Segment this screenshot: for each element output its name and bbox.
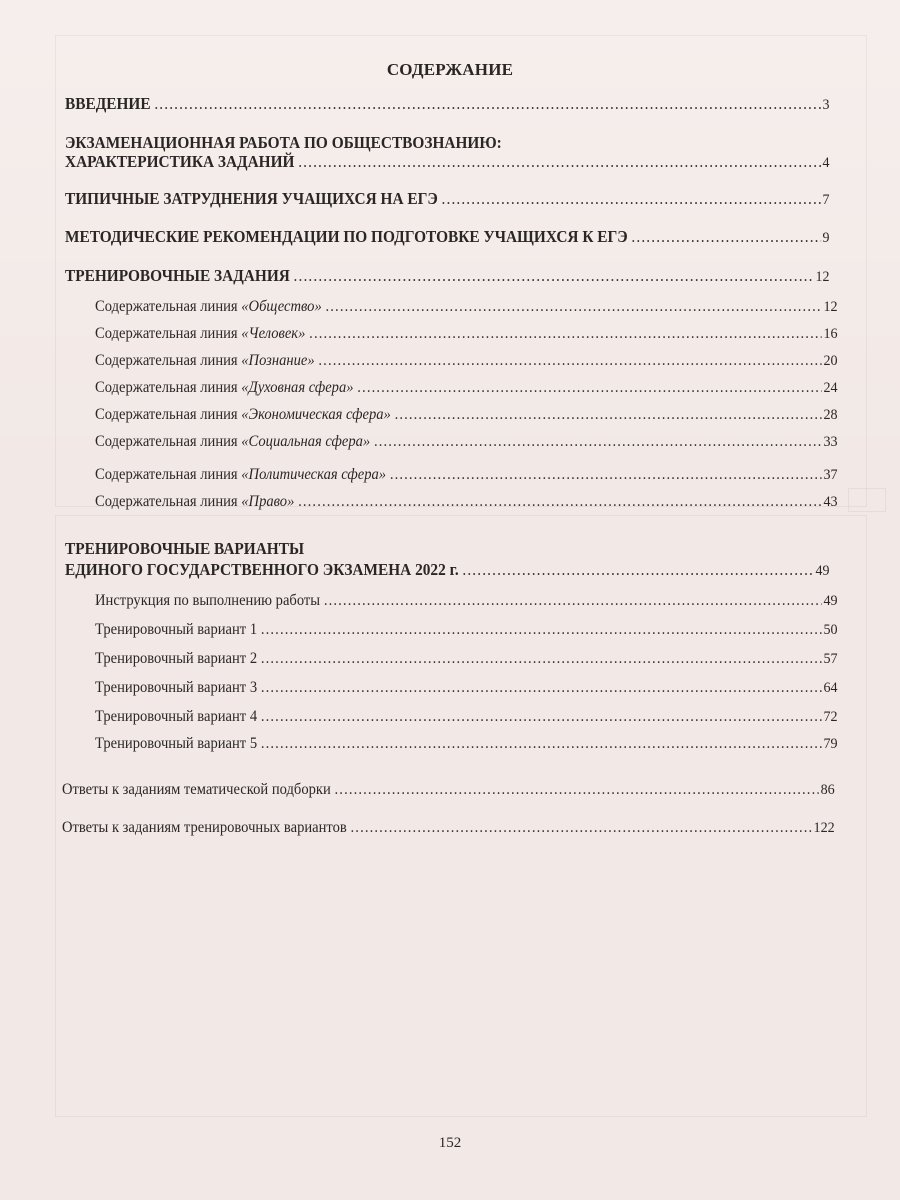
toc-page-number: 12 <box>816 269 830 286</box>
toc-entry-answers-variants[interactable]: Ответы к заданиям тренировочных варианто… <box>62 819 835 837</box>
toc-label: Тренировочный вариант 4 <box>95 708 257 726</box>
toc-page-number: 24 <box>824 380 838 397</box>
dot-leader <box>261 650 822 668</box>
toc-label: Тренировочный вариант 2 <box>95 650 257 668</box>
dot-leader <box>318 352 821 370</box>
toc-label: Содержательная линия «Общество» <box>95 298 322 316</box>
toc-label-prefix: Содержательная линия <box>95 433 241 450</box>
toc-entry-variant-3[interactable]: Тренировочный вариант 3 64 <box>95 679 838 697</box>
dot-leader <box>390 466 822 484</box>
toc-page-number: 79 <box>824 736 838 753</box>
toc-entry-line-law[interactable]: Содержательная линия «Право» 43 <box>95 493 838 511</box>
dot-leader <box>374 433 822 451</box>
toc-page-number: 16 <box>824 326 838 343</box>
toc-entry-training-tasks[interactable]: ТРЕНИРОВОЧНЫЕ ЗАДАНИЯ 12 <box>65 266 829 286</box>
toc-label-title: «Политическая сфера» <box>241 466 386 483</box>
toc-label: Содержательная линия «Экономическая сфер… <box>95 406 391 424</box>
toc-label: ХАРАКТЕРИСТИКА ЗАДАНИЙ <box>65 152 294 172</box>
dot-leader <box>324 592 822 610</box>
bleed-through-box <box>848 488 886 512</box>
toc-label-line1: ТРЕНИРОВОЧНЫЕ ВАРИАНТЫ <box>65 539 304 559</box>
dot-leader <box>298 493 822 511</box>
toc-label-title: «Духовная сфера» <box>241 379 353 396</box>
toc-page-number: 33 <box>824 434 838 451</box>
toc-entry-line-society[interactable]: Содержательная линия «Общество» 12 <box>95 298 838 316</box>
dot-leader <box>261 708 822 726</box>
page-number: 152 <box>0 1135 900 1152</box>
toc-entry-line-spiritual[interactable]: Содержательная линия «Духовная сфера» 24 <box>95 379 838 397</box>
toc-page-number: 28 <box>824 407 838 424</box>
dot-leader <box>442 189 821 209</box>
toc-entry-methodology[interactable]: МЕТОДИЧЕСКИЕ РЕКОМЕНДАЦИИ ПО ПОДГОТОВКЕ … <box>65 227 829 247</box>
toc-page-number: 20 <box>824 353 838 370</box>
toc-entry-instructions[interactable]: Инструкция по выполнению работы 49 <box>95 592 838 610</box>
toc-entry-training-variants[interactable]: ЕДИНОГО ГОСУДАРСТВЕННОГО ЭКЗАМЕНА 2022 г… <box>65 560 829 580</box>
toc-entry-line-social[interactable]: Содержательная линия «Социальная сфера» … <box>95 433 838 451</box>
dot-leader <box>631 227 820 247</box>
toc-page-number: 49 <box>816 563 830 580</box>
book-page: СОДЕРЖАНИЕ ВВЕДЕНИЕ 3 ЭКЗАМЕНАЦИОННАЯ РА… <box>0 0 900 1200</box>
toc-entry-exam-work[interactable]: ХАРАКТЕРИСТИКА ЗАДАНИЙ 4 <box>65 152 829 172</box>
toc-label: Ответы к заданиям тематической подборки <box>62 781 331 799</box>
toc-entry-line-economic[interactable]: Содержательная линия «Экономическая сфер… <box>95 406 838 424</box>
toc-label: Тренировочный вариант 5 <box>95 735 257 753</box>
dot-leader <box>294 266 814 286</box>
toc-label-title: «Общество» <box>241 298 321 315</box>
toc-label-prefix: Содержательная линия <box>95 379 241 396</box>
dot-leader <box>298 152 820 172</box>
toc-label: Тренировочный вариант 3 <box>95 679 257 697</box>
toc-entry-line-human[interactable]: Содержательная линия «Человек» 16 <box>95 325 838 343</box>
toc-label-prefix: Содержательная линия <box>95 325 241 342</box>
dot-leader <box>326 298 822 316</box>
dot-leader <box>357 379 821 397</box>
toc-page-number: 9 <box>822 230 829 247</box>
dot-leader <box>261 679 822 697</box>
dot-leader <box>309 325 821 343</box>
toc-label-prefix: Содержательная линия <box>95 466 241 483</box>
toc-page-number: 64 <box>824 680 838 697</box>
toc-label-prefix: Содержательная линия <box>95 298 241 315</box>
toc-page-number: 37 <box>824 467 838 484</box>
toc-label-prefix: Содержательная линия <box>95 352 241 369</box>
dot-leader <box>395 406 822 424</box>
toc-page-number: 7 <box>822 192 829 209</box>
toc-page-number: 50 <box>824 622 838 639</box>
toc-label: Содержательная линия «Духовная сфера» <box>95 379 354 397</box>
toc-label: Ответы к заданиям тренировочных варианто… <box>62 819 347 837</box>
toc-label: Содержательная линия «Политическая сфера… <box>95 466 386 484</box>
page-title: СОДЕРЖАНИЕ <box>0 60 900 80</box>
toc-page-number: 4 <box>822 155 829 172</box>
toc-page-number: 12 <box>824 299 838 316</box>
toc-label: Инструкция по выполнению работы <box>95 592 320 610</box>
toc-page-number: 122 <box>814 820 835 837</box>
toc-page-number: 57 <box>824 651 838 668</box>
toc-label: Содержательная линия «Социальная сфера» <box>95 433 370 451</box>
dot-leader <box>462 560 813 580</box>
dot-leader <box>261 735 822 753</box>
toc-page-number: 86 <box>821 782 835 799</box>
dot-leader <box>335 781 819 799</box>
toc-label: МЕТОДИЧЕСКИЕ РЕКОМЕНДАЦИИ ПО ПОДГОТОВКЕ … <box>65 227 628 247</box>
toc-label: ВВЕДЕНИЕ <box>65 94 151 114</box>
toc-label-title: «Познание» <box>241 352 314 369</box>
toc-label-prefix: Содержательная линия <box>95 493 241 510</box>
dot-leader <box>261 621 822 639</box>
toc-page-number: 3 <box>822 97 829 114</box>
toc-page-number: 49 <box>824 593 838 610</box>
toc-entry-line-cognition[interactable]: Содержательная линия «Познание» 20 <box>95 352 838 370</box>
toc-entry-line-political[interactable]: Содержательная линия «Политическая сфера… <box>95 466 838 484</box>
toc-entry-variant-2[interactable]: Тренировочный вариант 2 57 <box>95 650 838 668</box>
dot-leader <box>154 94 820 114</box>
toc-label: ЕДИНОГО ГОСУДАРСТВЕННОГО ЭКЗАМЕНА 2022 г… <box>65 560 459 580</box>
toc-label: Содержательная линия «Право» <box>95 493 294 511</box>
toc-label: Содержательная линия «Познание» <box>95 352 315 370</box>
toc-label-title: «Право» <box>241 493 294 510</box>
toc-label: Тренировочный вариант 1 <box>95 621 257 639</box>
toc-entry-variant-1[interactable]: Тренировочный вариант 1 50 <box>95 621 838 639</box>
toc-entry-answers-thematic[interactable]: Ответы к заданиям тематической подборки … <box>62 781 835 799</box>
toc-page-number: 43 <box>824 494 838 511</box>
toc-label-title: «Социальная сфера» <box>241 433 370 450</box>
dot-leader <box>351 819 812 837</box>
toc-label-line1: ЭКЗАМЕНАЦИОННАЯ РАБОТА ПО ОБЩЕСТВОЗНАНИЮ… <box>65 133 502 153</box>
toc-entry-variant-5[interactable]: Тренировочный вариант 5 79 <box>95 735 838 753</box>
toc-entry-difficulties[interactable]: ТИПИЧНЫЕ ЗАТРУДНЕНИЯ УЧАЩИХСЯ НА ЕГЭ 7 <box>65 189 829 209</box>
toc-page-number: 72 <box>824 709 838 726</box>
toc-label: Содержательная линия «Человек» <box>95 325 305 343</box>
toc-label-title: «Человек» <box>241 325 305 342</box>
toc-entry-variant-4[interactable]: Тренировочный вариант 4 72 <box>95 708 838 726</box>
toc-label-title: «Экономическая сфера» <box>241 406 391 423</box>
toc-label: ТРЕНИРОВОЧНЫЕ ЗАДАНИЯ <box>65 266 290 286</box>
toc-label: ТИПИЧНЫЕ ЗАТРУДНЕНИЯ УЧАЩИХСЯ НА ЕГЭ <box>65 189 438 209</box>
toc-entry-intro[interactable]: ВВЕДЕНИЕ 3 <box>65 94 829 114</box>
toc-label-prefix: Содержательная линия <box>95 406 241 423</box>
